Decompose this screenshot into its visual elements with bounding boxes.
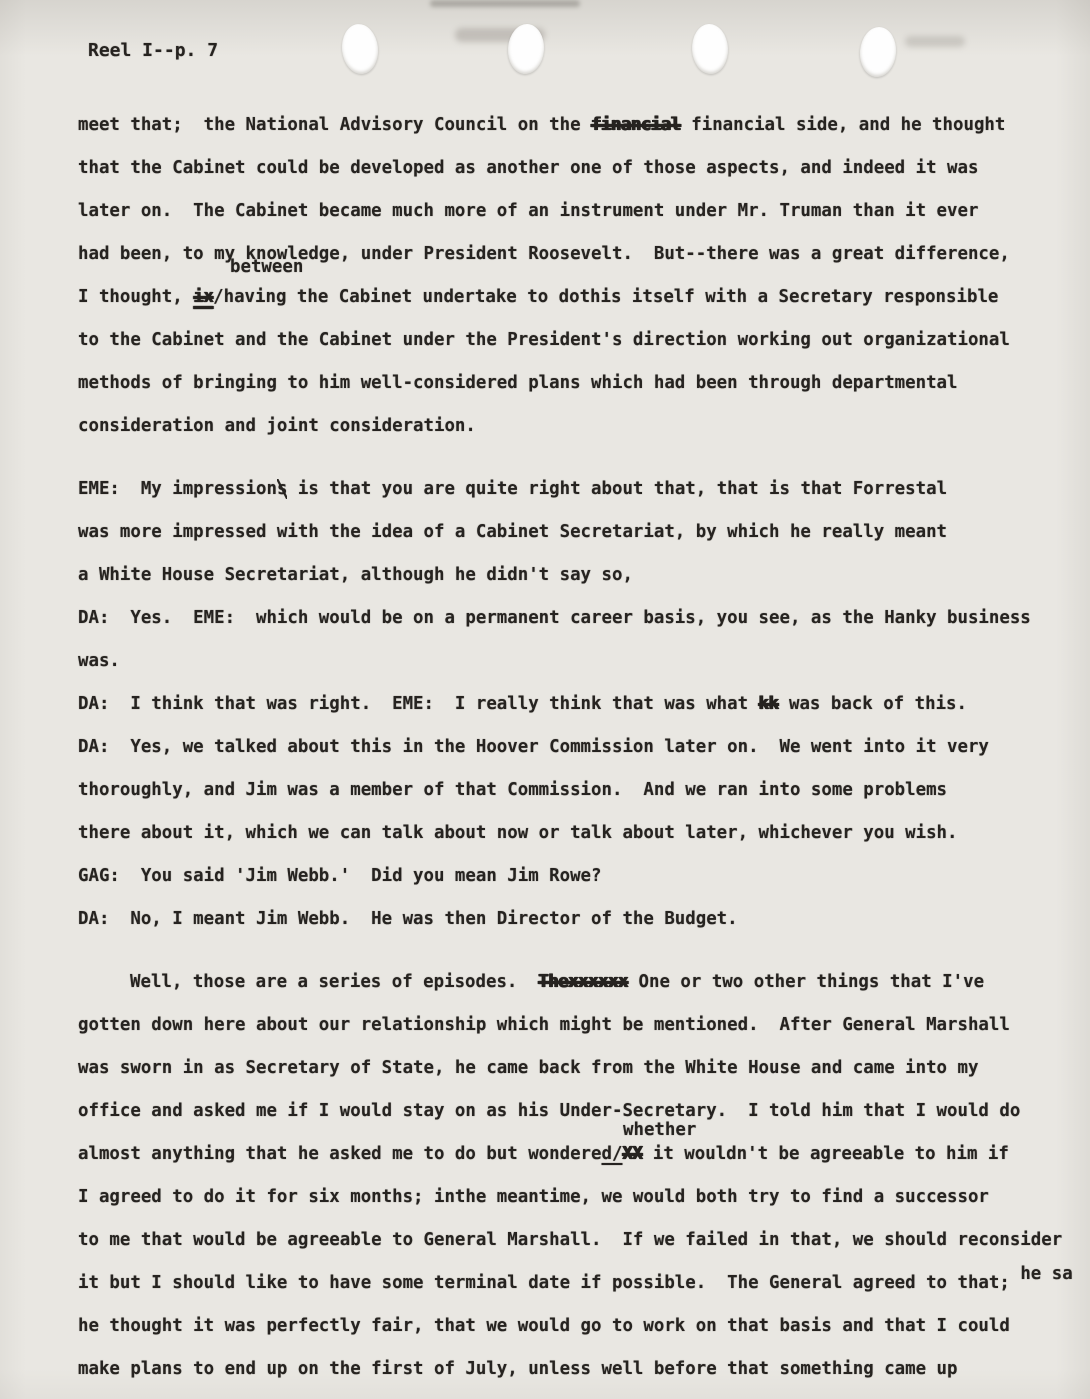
text-run: was sworn in as Secretary of State, he c…: [78, 1058, 978, 1078]
text-run: /having the Cabinet undertake to dothis …: [213, 287, 998, 307]
text-line: DA: I think that was right. EME: I reall…: [78, 683, 1090, 726]
text-run: DA: Yes, we talked about this in the Hoo…: [78, 737, 989, 757]
text-line: that the Cabinet could be developed as a…: [78, 147, 1090, 190]
text-line: make plans to end up on the first of Jul…: [78, 1348, 1090, 1391]
text-line: was sworn in as Secretary of State, he c…: [78, 1047, 1090, 1090]
text-run: almost anything that he asked me to do b…: [78, 1144, 602, 1164]
text-line: I agreed to do it for six months; inthe …: [78, 1176, 1090, 1219]
text-run: EME: My impression: [78, 479, 277, 499]
text-run: DA: I think that was right. EME: I reall…: [78, 694, 759, 714]
text-run: thoroughly, and Jim was a member of that…: [78, 780, 947, 800]
text-line: consideration and joint consideration.: [78, 405, 1090, 448]
struck-out-text: Thexxxxxx: [538, 972, 628, 992]
struck-out-text: kk: [759, 694, 779, 714]
text-run: DA: No, I meant Jim Webb. He was then Di…: [78, 909, 738, 929]
text-line: gotten down here about our relationship …: [78, 1004, 1090, 1047]
text-run: DA: Yes. EME: which would be on a perman…: [78, 608, 1031, 628]
text-line: a White House Secretariat, although he d…: [78, 554, 1090, 597]
paragraph-gap: [78, 941, 1090, 961]
text-line: DA: No, I meant Jim Webb. He was then Di…: [78, 898, 1090, 941]
paragraph-gap: [78, 448, 1090, 468]
text-run: it wouldn't be agreeable to him if: [642, 1144, 1008, 1164]
text-run: is that you are quite right about that, …: [287, 479, 947, 499]
text-run: methods of bringing to him well-consider…: [78, 373, 957, 393]
text-line: almost anything that he asked me to do b…: [78, 1133, 1090, 1176]
text-run: to me that would be agreeable to General…: [78, 1230, 1062, 1250]
text-line: it but I should like to have some termin…: [78, 1262, 1090, 1305]
text-run: gotten down here about our relationship …: [78, 1015, 1010, 1035]
text-run: d/: [602, 1144, 623, 1164]
struck-out-text: ix: [193, 287, 213, 307]
punch-hole-icon: [691, 23, 730, 75]
text-line: EME: My impressions is that you are quit…: [78, 468, 1090, 511]
scan-smudge: [905, 36, 965, 47]
struck-out-text: XX: [622, 1144, 642, 1164]
text-line: was.: [78, 640, 1090, 683]
text-run: a White House Secretariat, although he d…: [78, 565, 633, 585]
text-line: there about it, which we can talk about …: [78, 812, 1090, 855]
page-header-reel-label: Reel I--p. 7: [88, 40, 218, 61]
text-line: office and asked me if I would stay on a…: [78, 1090, 1090, 1133]
text-run: there about it, which we can talk about …: [78, 823, 957, 843]
text-line: Well, those are a series of episodes. Th…: [130, 961, 1090, 1004]
transcript-body: meet that; the National Advisory Council…: [78, 104, 1090, 1391]
text-run: he sa: [1020, 1264, 1072, 1284]
scan-smudge: [430, 0, 580, 7]
struck-out-text: financial: [591, 115, 681, 135]
text-run: that the Cabinet could be developed as a…: [78, 158, 978, 178]
text-line: was more impressed with the idea of a Ca…: [78, 511, 1090, 554]
punch-hole-icon: [339, 22, 380, 75]
text-run: I agreed to do it for six months; inthe …: [78, 1187, 989, 1207]
document-page: Reel I--p. 7 meet that; the National Adv…: [0, 0, 1090, 1399]
text-line: DA: Yes, we talked about this in the Hoo…: [78, 726, 1090, 769]
punch-hole-icon: [858, 26, 898, 79]
text-run: had been, to my knowledge, under Preside…: [78, 244, 1010, 264]
text-line: thoroughly, and Jim was a member of that…: [78, 769, 1090, 812]
text-run: GAG: You said 'Jim Webb.' Did you mean J…: [78, 866, 602, 886]
text-run: consideration and joint consideration.: [78, 416, 476, 436]
text-line: DA: Yes. EME: which would be on a perman…: [78, 597, 1090, 640]
text-line: later on. The Cabinet became much more o…: [78, 190, 1090, 233]
text-run: whether: [623, 1120, 696, 1140]
text-run: s: [277, 479, 287, 499]
text-line: to me that would be agreeable to General…: [78, 1219, 1090, 1262]
text-run: Well, those are a series of episodes.: [130, 972, 538, 992]
text-run: to the Cabinet and the Cabinet under the…: [78, 330, 1010, 350]
text-line: GAG: You said 'Jim Webb.' Did you mean J…: [78, 855, 1090, 898]
text-line: methods of bringing to him well-consider…: [78, 362, 1090, 405]
text-line: I thought, ix/having the Cabinet underta…: [78, 276, 1090, 319]
text-run: between: [230, 257, 303, 277]
text-run: was back of this.: [779, 694, 967, 714]
text-run: make plans to end up on the first of Jul…: [78, 1359, 957, 1379]
text-run: financial side, and he thought: [681, 115, 1006, 135]
text-run: I thought,: [78, 287, 193, 307]
text-run: it but I should like to have some termin…: [78, 1273, 1020, 1293]
text-line: meet that; the National Advisory Council…: [78, 104, 1090, 147]
text-run: was.: [78, 651, 120, 671]
text-run: meet that; the National Advisory Council…: [78, 115, 591, 135]
text-run: was more impressed with the idea of a Ca…: [78, 522, 947, 542]
text-run: later on. The Cabinet became much more o…: [78, 201, 978, 221]
text-run: One or two other things that I've: [628, 972, 984, 992]
text-line: he thought it was perfectly fair, that w…: [78, 1305, 1090, 1348]
text-run: he thought it was perfectly fair, that w…: [78, 1316, 1010, 1336]
text-run: office and asked me if I would stay on a…: [78, 1101, 1020, 1121]
text-line: to the Cabinet and the Cabinet under the…: [78, 319, 1090, 362]
